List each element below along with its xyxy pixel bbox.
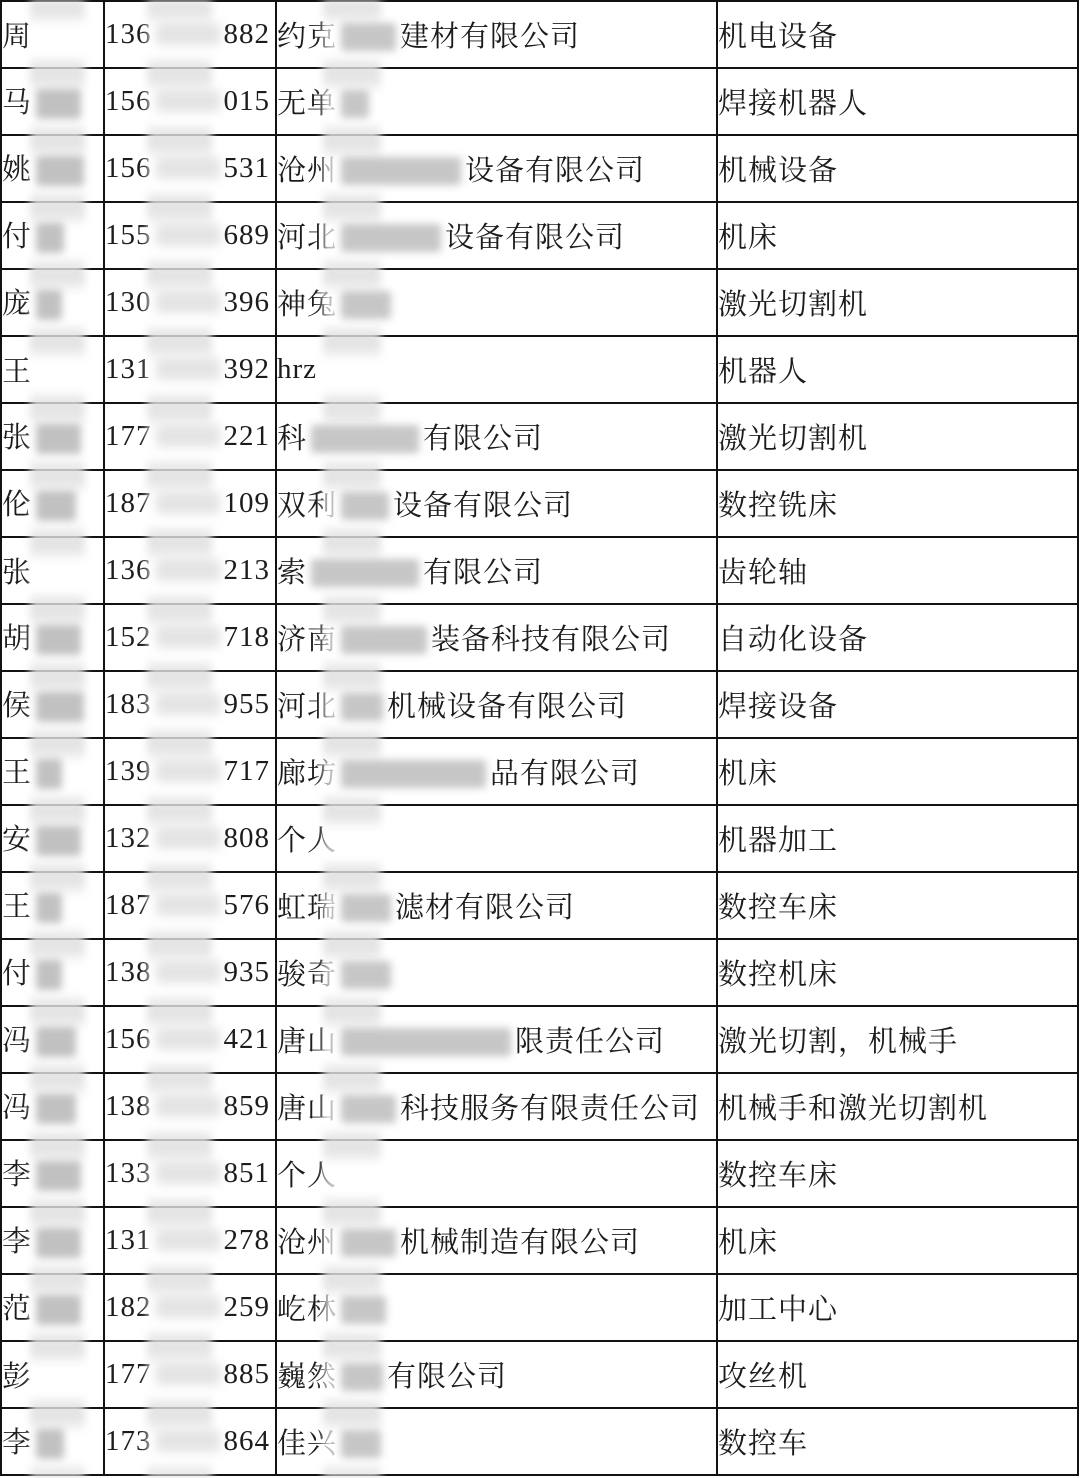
table-row: 冯 156421 唐山限责任公司 激光切割，机械手 — [1, 1006, 1078, 1073]
phone-prefix: 183 — [105, 688, 152, 720]
company-redaction-smudge — [341, 760, 486, 788]
phone-suffix: 259 — [224, 1291, 271, 1323]
name-cell: 姚 — [1, 135, 104, 202]
phone-redaction-smudge — [156, 425, 220, 447]
company-prefix: 屹林 — [277, 1294, 337, 1326]
table-row: 彭 177885 巍然有限公司 攻丝机 — [1, 1341, 1078, 1408]
phone-cell: 156421 — [104, 1006, 276, 1073]
name-redaction-smudge — [36, 692, 84, 722]
product-cell: 机床 — [717, 202, 1078, 269]
product-cell: 机床 — [717, 1207, 1078, 1274]
company-cell: 佳兴 — [276, 1408, 717, 1475]
product-text: 攻丝机 — [718, 1361, 808, 1393]
company-cell: 唐山限责任公司 — [276, 1006, 717, 1073]
table-row: 张 136213 索有限公司 齿轮轴 — [1, 537, 1078, 604]
phone-prefix: 182 — [105, 1291, 152, 1323]
table-row: 李 173864 佳兴 数控车 — [1, 1408, 1078, 1475]
phone-cell: 138859 — [104, 1073, 276, 1140]
company-redaction-smudge — [341, 90, 369, 118]
product-text: 机床 — [718, 758, 778, 790]
name-text: 李 — [2, 1159, 32, 1191]
product-cell: 激光切割机 — [717, 403, 1078, 470]
product-text: 数控车 — [718, 1428, 808, 1460]
company-prefix: 沧州 — [277, 1227, 337, 1259]
phone-suffix: 864 — [224, 1425, 271, 1457]
phone-cell: 152718 — [104, 604, 276, 671]
company-redaction-smudge — [341, 961, 391, 989]
product-cell: 数控车 — [717, 1408, 1078, 1475]
company-prefix: 佳兴 — [277, 1428, 337, 1460]
name-cell: 庞 — [1, 269, 104, 336]
phone-redaction-smudge — [156, 1162, 220, 1184]
product-cell: 焊接机器人 — [717, 68, 1078, 135]
table-row: 李 133851 个人 数控车床 — [1, 1140, 1078, 1207]
phone-prefix: 156 — [105, 152, 152, 184]
company-prefix: 骏奇 — [277, 959, 337, 991]
phone-suffix: 718 — [224, 621, 271, 653]
name-cell: 马 — [1, 68, 104, 135]
phone-prefix: 152 — [105, 621, 152, 653]
phone-cell: 136213 — [104, 537, 276, 604]
name-text: 付 — [2, 958, 32, 990]
name-redaction-smudge — [36, 1161, 81, 1191]
phone-prefix: 187 — [105, 487, 152, 519]
name-text: 范 — [2, 1293, 32, 1325]
company-cell: 河北机械设备有限公司 — [276, 671, 717, 738]
company-cell: 河北设备有限公司 — [276, 202, 717, 269]
phone-redaction-smudge — [156, 961, 220, 983]
product-cell: 机床 — [717, 738, 1078, 805]
name-cell: 冯 — [1, 1073, 104, 1140]
phone-cell: 138935 — [104, 939, 276, 1006]
phone-prefix: 138 — [105, 956, 152, 988]
table-row: 冯 138859 唐山科技服务有限责任公司 机械手和激光切割机 — [1, 1073, 1078, 1140]
phone-prefix: 155 — [105, 219, 152, 251]
name-cell: 张 — [1, 403, 104, 470]
phone-prefix: 156 — [105, 1023, 152, 1055]
name-cell: 李 — [1, 1207, 104, 1274]
table-row: 伦 187109 双利设备有限公司 数控铣床 — [1, 470, 1078, 537]
company-prefix: 约克 — [277, 21, 337, 53]
company-suffix: 建材有限公司 — [400, 21, 580, 53]
phone-redaction-smudge — [156, 894, 220, 916]
table-row: 胡 152718 济南装备科技有限公司 自动化设备 — [1, 604, 1078, 671]
product-cell: 数控铣床 — [717, 470, 1078, 537]
company-prefix: 济南 — [277, 624, 337, 656]
phone-suffix: 531 — [224, 152, 271, 184]
phone-cell: 139717 — [104, 738, 276, 805]
phone-prefix: 177 — [105, 420, 152, 452]
name-text: 胡 — [2, 623, 32, 655]
company-cell: 唐山科技服务有限责任公司 — [276, 1073, 717, 1140]
phone-suffix: 808 — [224, 822, 271, 854]
company-cell: 个人 — [276, 805, 717, 872]
company-suffix: 科技服务有限责任公司 — [400, 1093, 700, 1125]
product-cell: 齿轮轴 — [717, 537, 1078, 604]
product-cell: 机械设备 — [717, 135, 1078, 202]
phone-redaction-smudge — [156, 358, 220, 380]
company-cell: 屹林 — [276, 1274, 717, 1341]
name-text: 张 — [2, 422, 32, 454]
name-text: 姚 — [2, 154, 32, 186]
name-redaction-smudge — [36, 759, 62, 789]
company-cell: 个人 — [276, 1140, 717, 1207]
product-text: 数控机床 — [718, 959, 838, 991]
phone-cell: 177221 — [104, 403, 276, 470]
name-cell: 范 — [1, 1274, 104, 1341]
phone-suffix: 576 — [224, 889, 271, 921]
company-prefix: hrz — [277, 353, 317, 385]
company-prefix: 河北 — [277, 691, 337, 723]
name-redaction-smudge — [36, 1429, 64, 1459]
name-cell: 王 — [1, 738, 104, 805]
company-suffix: 滤材有限公司 — [395, 892, 575, 924]
phone-cell: 156015 — [104, 68, 276, 135]
name-text: 周 — [2, 21, 32, 53]
phone-prefix: 177 — [105, 1358, 152, 1390]
phone-prefix: 187 — [105, 889, 152, 921]
product-text: 机电设备 — [718, 21, 838, 53]
phone-redaction-smudge — [156, 1430, 220, 1452]
name-text: 李 — [2, 1226, 32, 1258]
company-prefix: 河北 — [277, 222, 337, 254]
name-text: 王 — [2, 757, 32, 789]
phone-prefix: 139 — [105, 755, 152, 787]
name-text: 付 — [2, 221, 32, 253]
company-suffix: 机械制造有限公司 — [400, 1227, 640, 1259]
company-cell: 骏奇 — [276, 939, 717, 1006]
company-redaction-smudge — [341, 1430, 381, 1458]
company-prefix: 神兔 — [277, 289, 337, 321]
company-cell: 沧州机械制造有限公司 — [276, 1207, 717, 1274]
company-cell: 巍然有限公司 — [276, 1341, 717, 1408]
name-text: 张 — [2, 557, 32, 589]
phone-suffix: 935 — [224, 956, 271, 988]
phone-suffix: 851 — [224, 1157, 271, 1189]
phone-suffix: 221 — [224, 420, 271, 452]
phone-redaction-smudge — [156, 1095, 220, 1117]
name-cell: 冯 — [1, 1006, 104, 1073]
company-suffix: 设备有限公司 — [393, 490, 573, 522]
phone-redaction-smudge — [156, 827, 220, 849]
phone-cell: 155689 — [104, 202, 276, 269]
product-text: 加工中心 — [718, 1294, 838, 1326]
company-suffix: 装备科技有限公司 — [431, 624, 671, 656]
company-cell: hrz — [276, 336, 717, 403]
company-prefix: 巍然 — [277, 1361, 337, 1393]
table-row: 王 131392 hrz 机器人 — [1, 336, 1078, 403]
phone-prefix: 138 — [105, 1090, 152, 1122]
product-cell: 加工中心 — [717, 1274, 1078, 1341]
name-cell: 王 — [1, 872, 104, 939]
phone-redaction-smudge — [156, 559, 220, 581]
company-redaction-smudge — [341, 157, 461, 185]
table-row: 付 155689 河北设备有限公司 机床 — [1, 202, 1078, 269]
table-row: 周 136882 约克建材有限公司 机电设备 — [1, 1, 1078, 68]
name-cell: 付 — [1, 939, 104, 1006]
company-redaction-smudge — [341, 894, 391, 922]
product-cell: 自动化设备 — [717, 604, 1078, 671]
product-text: 焊接设备 — [718, 691, 838, 723]
company-cell: 索有限公司 — [276, 537, 717, 604]
contact-table: 周 136882 约克建材有限公司 机电设备 马 156015 无单 焊接机器人… — [0, 0, 1079, 1476]
phone-suffix: 955 — [224, 688, 271, 720]
product-text: 齿轮轴 — [718, 557, 808, 589]
name-text: 冯 — [2, 1092, 32, 1124]
phone-redaction-smudge — [156, 492, 220, 514]
company-cell: 沧州设备有限公司 — [276, 135, 717, 202]
product-cell: 机器人 — [717, 336, 1078, 403]
company-redaction-smudge — [341, 693, 383, 721]
phone-suffix: 396 — [224, 286, 271, 318]
phone-cell: 132808 — [104, 805, 276, 872]
phone-prefix: 130 — [105, 286, 152, 318]
company-prefix: 虹瑞 — [277, 892, 337, 924]
phone-cell: 187109 — [104, 470, 276, 537]
product-text: 数控车床 — [718, 1160, 838, 1192]
phone-suffix: 859 — [224, 1090, 271, 1122]
phone-cell: 187576 — [104, 872, 276, 939]
company-prefix: 个人 — [277, 1160, 337, 1192]
name-cell: 周 — [1, 1, 104, 68]
table-row: 安 132808 个人 机器加工 — [1, 805, 1078, 872]
name-text: 马 — [2, 87, 32, 119]
product-text: 机械手和激光切割机 — [718, 1093, 988, 1125]
phone-suffix: 885 — [224, 1358, 271, 1390]
company-redaction-smudge — [341, 23, 396, 51]
phone-cell: 156531 — [104, 135, 276, 202]
name-redaction-smudge — [36, 491, 76, 521]
product-cell: 机器加工 — [717, 805, 1078, 872]
name-text: 王 — [2, 891, 32, 923]
name-redaction-smudge — [36, 960, 62, 990]
company-cell: 济南装备科技有限公司 — [276, 604, 717, 671]
table-row: 付 138935 骏奇 数控机床 — [1, 939, 1078, 1006]
phone-suffix: 882 — [224, 18, 271, 50]
phone-prefix: 156 — [105, 85, 152, 117]
name-text: 彭 — [2, 1361, 32, 1393]
name-cell: 侯 — [1, 671, 104, 738]
name-redaction-smudge — [36, 625, 81, 655]
company-redaction-smudge — [341, 1363, 383, 1391]
phone-prefix: 173 — [105, 1425, 152, 1457]
product-text: 激光切割机 — [718, 289, 868, 321]
company-redaction-smudge — [341, 626, 427, 654]
product-text: 机械设备 — [718, 155, 838, 187]
product-text: 机床 — [718, 222, 778, 254]
name-redaction-smudge — [36, 424, 81, 454]
company-suffix: 机械设备有限公司 — [387, 691, 627, 723]
company-prefix: 唐山 — [277, 1093, 337, 1125]
product-cell: 攻丝机 — [717, 1341, 1078, 1408]
table-row: 李 131278 沧州机械制造有限公司 机床 — [1, 1207, 1078, 1274]
company-suffix: 有限公司 — [387, 1361, 507, 1393]
company-prefix: 科 — [277, 423, 307, 455]
company-prefix: 无单 — [277, 88, 337, 120]
company-suffix: 有限公司 — [423, 423, 543, 455]
product-text: 机床 — [718, 1227, 778, 1259]
name-cell: 彭 — [1, 1341, 104, 1408]
table-row: 王 139717 廊坊品有限公司 机床 — [1, 738, 1078, 805]
phone-cell: 136882 — [104, 1, 276, 68]
name-text: 侯 — [2, 690, 32, 722]
phone-redaction-smudge — [156, 90, 220, 112]
name-cell: 王 — [1, 336, 104, 403]
name-text: 李 — [2, 1427, 32, 1459]
table-row: 张 177221 科有限公司 激光切割机 — [1, 403, 1078, 470]
product-text: 自动化设备 — [718, 624, 868, 656]
product-cell: 数控车床 — [717, 1140, 1078, 1207]
name-text: 安 — [2, 824, 32, 856]
name-cell: 胡 — [1, 604, 104, 671]
company-suffix: 品有限公司 — [490, 758, 640, 790]
product-text: 激光切割，机械手 — [718, 1026, 958, 1058]
table-row: 侯 183955 河北机械设备有限公司 焊接设备 — [1, 671, 1078, 738]
company-suffix: 设备有限公司 — [445, 222, 625, 254]
phone-prefix: 133 — [105, 1157, 152, 1189]
table-row: 马 156015 无单 焊接机器人 — [1, 68, 1078, 135]
phone-redaction-smudge — [156, 23, 220, 45]
product-cell: 机电设备 — [717, 1, 1078, 68]
company-redaction-smudge — [341, 1229, 396, 1257]
name-cell: 李 — [1, 1140, 104, 1207]
phone-suffix: 392 — [224, 353, 271, 385]
company-prefix: 廊坊 — [277, 758, 337, 790]
name-cell: 张 — [1, 537, 104, 604]
name-cell: 伦 — [1, 470, 104, 537]
phone-prefix: 131 — [105, 353, 152, 385]
company-cell: 科有限公司 — [276, 403, 717, 470]
company-cell: 无单 — [276, 68, 717, 135]
name-cell: 李 — [1, 1408, 104, 1475]
phone-cell: 183955 — [104, 671, 276, 738]
company-cell: 约克建材有限公司 — [276, 1, 717, 68]
product-text: 机器人 — [718, 356, 808, 388]
company-redaction-smudge — [341, 291, 391, 319]
phone-redaction-smudge — [156, 157, 220, 179]
phone-redaction-smudge — [156, 1229, 220, 1251]
phone-suffix: 109 — [224, 487, 271, 519]
phone-suffix: 689 — [224, 219, 271, 251]
company-cell: 神兔 — [276, 269, 717, 336]
name-redaction-smudge — [36, 893, 62, 923]
phone-cell: 182259 — [104, 1274, 276, 1341]
product-text: 激光切割机 — [718, 423, 868, 455]
product-cell: 激光切割，机械手 — [717, 1006, 1078, 1073]
name-text: 伦 — [2, 489, 32, 521]
name-cell: 付 — [1, 202, 104, 269]
phone-prefix: 132 — [105, 822, 152, 854]
name-redaction-smudge — [36, 1228, 81, 1258]
phone-prefix: 136 — [105, 554, 152, 586]
phone-redaction-smudge — [156, 291, 220, 313]
product-text: 机器加工 — [718, 825, 838, 857]
company-suffix: 设备有限公司 — [465, 155, 645, 187]
phone-suffix: 015 — [224, 85, 271, 117]
company-prefix: 沧州 — [277, 155, 337, 187]
company-suffix: 限责任公司 — [515, 1026, 665, 1058]
company-redaction-smudge — [311, 425, 419, 453]
name-redaction-smudge — [36, 826, 81, 856]
name-redaction-smudge — [36, 89, 81, 119]
phone-suffix: 421 — [224, 1023, 271, 1055]
phone-redaction-smudge — [156, 224, 220, 246]
phone-cell: 131278 — [104, 1207, 276, 1274]
name-text: 庞 — [2, 288, 32, 320]
name-redaction-smudge — [36, 223, 64, 253]
company-prefix: 双利 — [277, 490, 337, 522]
company-redaction-smudge — [341, 224, 441, 252]
name-cell: 安 — [1, 805, 104, 872]
company-cell: 廊坊品有限公司 — [276, 738, 717, 805]
phone-suffix: 278 — [224, 1224, 271, 1256]
company-cell: 虹瑞滤材有限公司 — [276, 872, 717, 939]
phone-cell: 130396 — [104, 269, 276, 336]
phone-suffix: 213 — [224, 554, 271, 586]
phone-cell: 177885 — [104, 1341, 276, 1408]
company-redaction-smudge — [311, 559, 419, 587]
contact-table-body: 周 136882 约克建材有限公司 机电设备 马 156015 无单 焊接机器人… — [1, 1, 1078, 1475]
product-cell: 激光切割机 — [717, 269, 1078, 336]
name-redaction-smudge — [36, 1094, 76, 1124]
company-redaction-smudge — [341, 1028, 511, 1056]
phone-cell: 133851 — [104, 1140, 276, 1207]
phone-redaction-smudge — [156, 1363, 220, 1385]
phone-redaction-smudge — [156, 626, 220, 648]
name-redaction-smudge — [36, 1027, 76, 1057]
phone-redaction-smudge — [156, 1028, 220, 1050]
product-cell: 焊接设备 — [717, 671, 1078, 738]
company-prefix: 个人 — [277, 825, 337, 857]
phone-redaction-smudge — [156, 693, 220, 715]
company-suffix: 有限公司 — [423, 557, 543, 589]
document-page: 周 136882 约克建材有限公司 机电设备 马 156015 无单 焊接机器人… — [0, 0, 1080, 1478]
company-prefix: 索 — [277, 557, 307, 589]
phone-redaction-smudge — [156, 1296, 220, 1318]
table-row: 范 182259 屹林 加工中心 — [1, 1274, 1078, 1341]
phone-cell: 173864 — [104, 1408, 276, 1475]
table-row: 王 187576 虹瑞滤材有限公司 数控车床 — [1, 872, 1078, 939]
product-text: 数控铣床 — [718, 490, 838, 522]
phone-prefix: 131 — [105, 1224, 152, 1256]
phone-cell: 131392 — [104, 336, 276, 403]
table-row: 庞 130396 神兔 激光切割机 — [1, 269, 1078, 336]
product-cell: 数控车床 — [717, 872, 1078, 939]
product-text: 焊接机器人 — [718, 88, 868, 120]
company-redaction-smudge — [341, 1296, 386, 1324]
product-cell: 数控机床 — [717, 939, 1078, 1006]
phone-suffix: 717 — [224, 755, 271, 787]
name-text: 冯 — [2, 1025, 32, 1057]
product-text: 数控车床 — [718, 892, 838, 924]
phone-prefix: 136 — [105, 18, 152, 50]
company-cell: 双利设备有限公司 — [276, 470, 717, 537]
table-row: 姚 156531 沧州设备有限公司 机械设备 — [1, 135, 1078, 202]
product-cell: 机械手和激光切割机 — [717, 1073, 1078, 1140]
company-prefix: 唐山 — [277, 1026, 337, 1058]
name-text: 王 — [2, 356, 32, 388]
name-redaction-smudge — [36, 290, 62, 320]
company-redaction-smudge — [341, 1095, 396, 1123]
company-redaction-smudge — [341, 492, 389, 520]
phone-redaction-smudge — [156, 760, 220, 782]
name-redaction-smudge — [36, 156, 84, 186]
name-redaction-smudge — [36, 1295, 81, 1325]
